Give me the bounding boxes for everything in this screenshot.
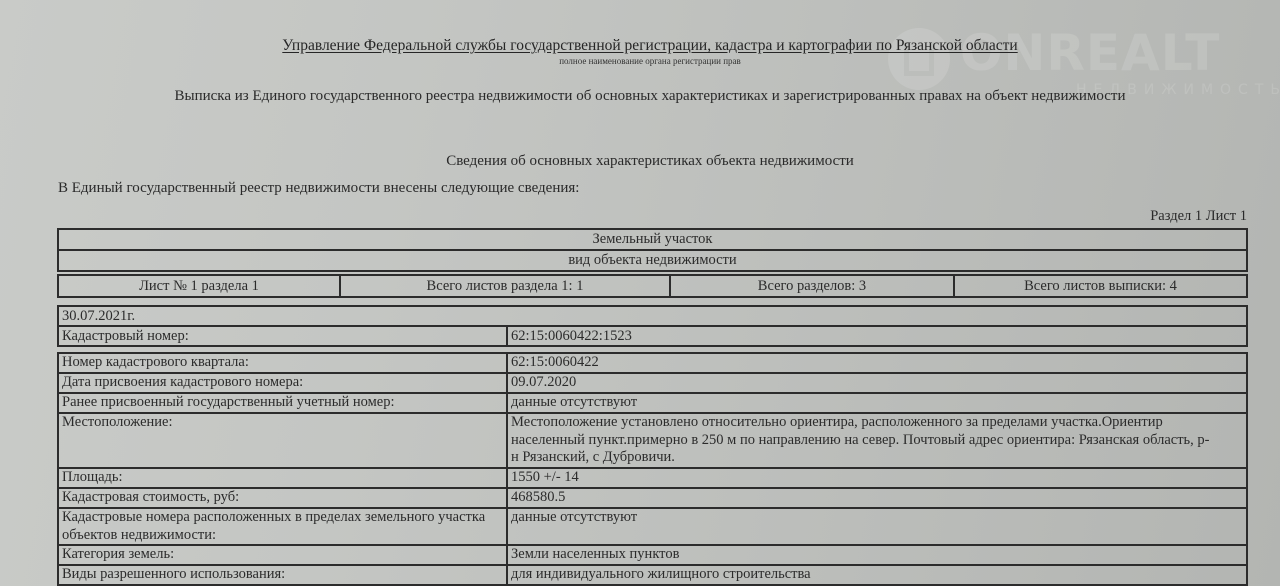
- sheet-reference: Раздел 1 Лист 1: [1150, 208, 1247, 225]
- row-label: Категория земель:: [58, 545, 507, 565]
- row-value: данные отсутствуют: [507, 508, 1247, 545]
- section-sheets-total: Всего листов раздела 1: 1: [340, 275, 670, 297]
- cadastral-number-value: 62:15:0060422:1523: [507, 326, 1247, 346]
- table-row: Кадастровые номера расположенных в преде…: [58, 508, 1247, 545]
- date-row: 30.07.2021г.: [58, 306, 1247, 326]
- organization-caption: полное наименование органа регистрации п…: [0, 56, 1280, 66]
- table-row: Дата присвоения кадастрового номера: 09.…: [58, 373, 1247, 393]
- extract-title: Выписка из Единого государственного реес…: [0, 88, 1280, 105]
- cadastral-header-table: 30.07.2021г. Кадастровый номер: 62:15:00…: [57, 305, 1248, 347]
- table-row: Кадастровая стоимость, руб: 468580.5: [58, 488, 1247, 508]
- row-value: Земли населенных пунктов: [507, 545, 1247, 565]
- object-type-caption-row: вид объекта недвижимости: [58, 250, 1247, 271]
- row-value: Местоположение установлено относительно …: [507, 413, 1247, 468]
- row-value: 468580.5: [507, 488, 1247, 508]
- row-value: данные отсутствуют: [507, 393, 1247, 413]
- row-value: для индивидуального жилищного строительс…: [507, 565, 1247, 585]
- sections-total: Всего разделов: 3: [670, 275, 954, 297]
- row-label: Площадь:: [58, 468, 507, 488]
- row-value: 1550 +/- 14: [507, 468, 1247, 488]
- characteristics-table: Номер кадастрового квартала: 62:15:00604…: [57, 352, 1248, 586]
- section-heading: Сведения об основных характеристиках объ…: [0, 153, 1280, 170]
- object-type-value: Земельный участок: [58, 229, 1247, 250]
- object-type-row: Земельный участок: [58, 229, 1247, 250]
- row-label: Ранее присвоенный государственный учетны…: [58, 393, 507, 413]
- row-label: Местоположение:: [58, 413, 507, 468]
- extract-sheets-total: Всего листов выписки: 4: [954, 275, 1247, 297]
- object-type-table: Земельный участок вид объекта недвижимос…: [57, 228, 1248, 272]
- intro-text: В Единый государственный реестр недвижим…: [58, 180, 579, 197]
- object-type-caption: вид объекта недвижимости: [58, 250, 1247, 271]
- row-label: Виды разрешенного использования:: [58, 565, 507, 585]
- sheets-info-table: Лист № 1 раздела 1 Всего листов раздела …: [57, 274, 1248, 298]
- row-label: Кадастровые номера расположенных в преде…: [58, 508, 507, 545]
- cadastral-number-label: Кадастровый номер:: [58, 326, 507, 346]
- row-value: 62:15:0060422: [507, 353, 1247, 373]
- sheet-number: Лист № 1 раздела 1: [58, 275, 340, 297]
- sheets-info-row: Лист № 1 раздела 1 Всего листов раздела …: [58, 275, 1247, 297]
- table-row: Виды разрешенного использования: для инд…: [58, 565, 1247, 585]
- row-label: Дата присвоения кадастрового номера:: [58, 373, 507, 393]
- table-row: Категория земель: Земли населенных пункт…: [58, 545, 1247, 565]
- cadastral-number-row: Кадастровый номер: 62:15:0060422:1523: [58, 326, 1247, 346]
- table-row: Номер кадастрового квартала: 62:15:00604…: [58, 353, 1247, 373]
- row-value: 09.07.2020: [507, 373, 1247, 393]
- organization-name: Управление Федеральной службы государств…: [0, 37, 1280, 55]
- table-row: Площадь: 1550 +/- 14: [58, 468, 1247, 488]
- row-label: Кадастровая стоимость, руб:: [58, 488, 507, 508]
- extract-date: 30.07.2021г.: [58, 306, 1247, 326]
- table-row: Местоположение: Местоположение установле…: [58, 413, 1247, 468]
- row-label: Номер кадастрового квартала:: [58, 353, 507, 373]
- table-row: Ранее присвоенный государственный учетны…: [58, 393, 1247, 413]
